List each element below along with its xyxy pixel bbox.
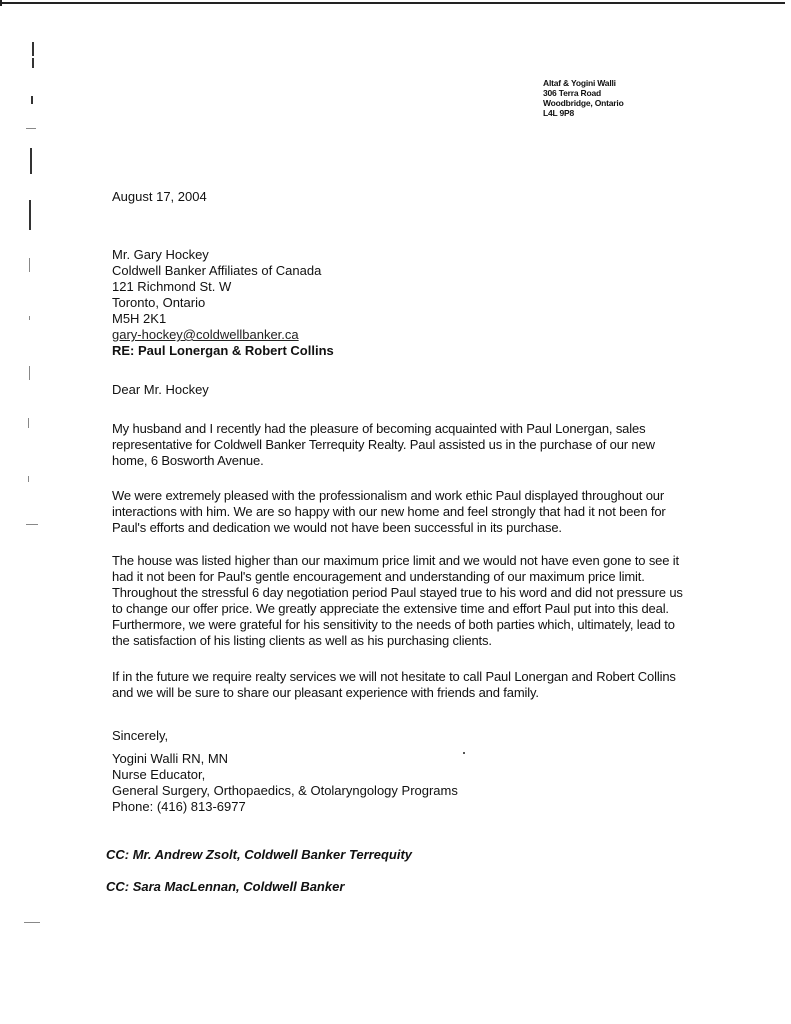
scan-speck: [463, 752, 465, 754]
scan-artifact-mark: [31, 96, 33, 104]
scan-artifact-mark: [28, 418, 29, 428]
body-paragraph: The house was listed higher than our max…: [112, 553, 692, 649]
sender-street: 306 Terra Road: [543, 88, 624, 98]
scan-artifact-mark: [26, 524, 38, 525]
scan-artifact-mark: [29, 258, 30, 272]
closing: Sincerely,: [112, 728, 168, 744]
signature-title: Nurse Educator,: [112, 767, 458, 783]
scan-artifact-mark: [30, 148, 32, 174]
subject-line: RE: Paul Lonergan & Robert Collins: [112, 343, 334, 359]
recipient-email-link[interactable]: gary-hockey@coldwellbanker.ca: [112, 327, 321, 343]
scan-border-top: [0, 2, 785, 4]
sender-postal: L4L 9P8: [543, 108, 624, 118]
scan-artifact-mark: [28, 476, 29, 482]
signature-block: Yogini Walli RN, MN Nurse Educator, Gene…: [112, 751, 458, 815]
scan-artifact-mark: [29, 316, 30, 320]
recipient-city: Toronto, Ontario: [112, 295, 321, 311]
scan-border-corner: [0, 0, 2, 6]
recipient-postal: M5H 2K1: [112, 311, 321, 327]
salutation: Dear Mr. Hockey: [112, 382, 209, 398]
cc-line: CC: Sara MacLennan, Coldwell Banker: [106, 879, 344, 895]
recipient-street: 121 Richmond St. W: [112, 279, 321, 295]
scan-artifact-mark: [32, 58, 34, 68]
scan-artifact-mark: [24, 922, 40, 923]
sender-name: Altaf & Yogini Walli: [543, 78, 624, 88]
scan-artifact-mark: [32, 42, 34, 56]
letter-date: August 17, 2004: [112, 189, 207, 205]
signature-name: Yogini Walli RN, MN: [112, 751, 458, 767]
scan-artifact-mark: [26, 128, 36, 129]
sender-address: Altaf & Yogini Walli 306 Terra Road Wood…: [543, 78, 624, 118]
body-paragraph: My husband and I recently had the pleasu…: [112, 421, 692, 469]
recipient-name: Mr. Gary Hockey: [112, 247, 321, 263]
signature-department: General Surgery, Orthopaedics, & Otolary…: [112, 783, 458, 799]
scan-artifact-mark: [29, 200, 31, 230]
signature-phone: Phone: (416) 813-6977: [112, 799, 458, 815]
cc-line: CC: Mr. Andrew Zsolt, Coldwell Banker Te…: [106, 847, 412, 863]
recipient-address: Mr. Gary Hockey Coldwell Banker Affiliat…: [112, 247, 321, 343]
recipient-company: Coldwell Banker Affiliates of Canada: [112, 263, 321, 279]
sender-city: Woodbridge, Ontario: [543, 98, 624, 108]
scan-artifact-mark: [29, 366, 30, 380]
body-paragraph: If in the future we require realty servi…: [112, 669, 692, 701]
body-paragraph: We were extremely pleased with the profe…: [112, 488, 692, 536]
